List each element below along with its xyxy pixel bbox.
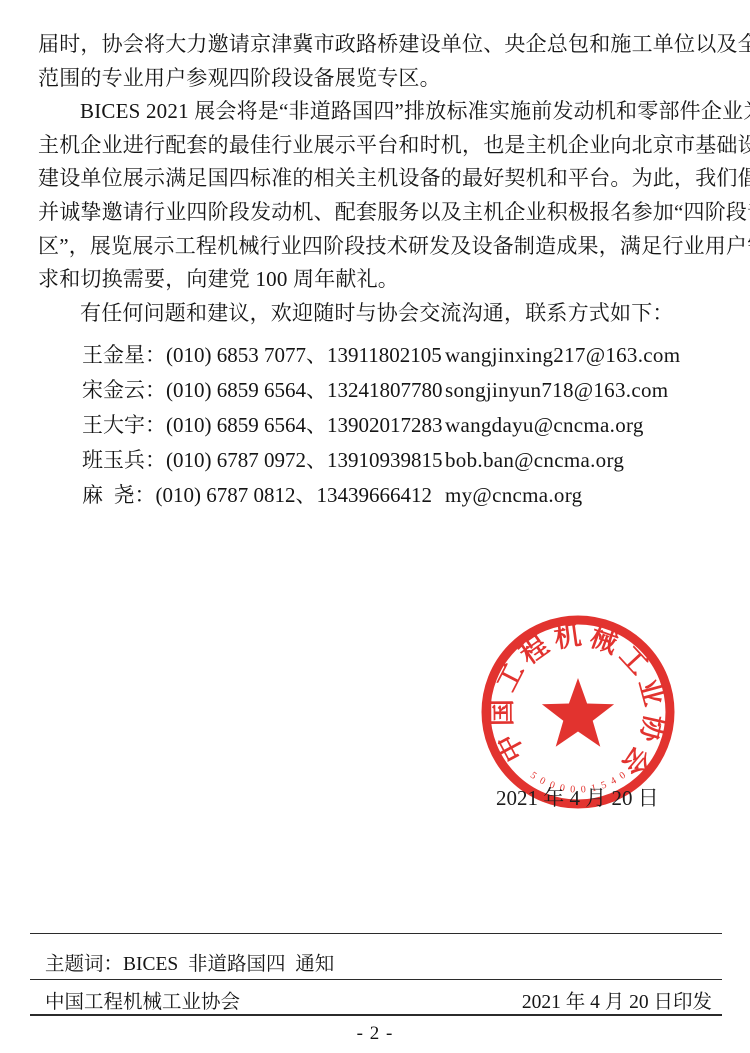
subject-terms: BICES 非道路国四 通知 xyxy=(123,954,334,975)
contact-phones: (010) 6787 0812、13439666412 xyxy=(156,483,433,507)
body-line: 区”，展览展示工程机械行业四阶段技术研发及设备制造成果，满足行业用户需 xyxy=(38,230,716,264)
issuer-name: 中国工程机械工业协会 xyxy=(45,986,240,1014)
contact-name: 王金星 xyxy=(82,343,145,367)
body-line: 建设单位展示满足国四标准的相关主机设备的最好契机和平台。为此，我们倡议 xyxy=(38,162,716,196)
subject-label: 主题词： xyxy=(45,954,123,975)
page-number: - 2 - xyxy=(0,1023,750,1045)
star-icon xyxy=(542,678,614,747)
body-line: 求和切换需要，向建党 100 周年献礼。 xyxy=(38,263,716,297)
seal-code-digit: 5 xyxy=(528,770,538,782)
issuer-row: 中国工程机械工业协会 2021 年 4 月 20 日印发 xyxy=(45,986,712,1014)
body-line: 范围的专业用户参观四阶段设备展览专区。 xyxy=(38,62,716,96)
contact-row: 王金星：(010) 6853 7077、13911802105wangjinxi… xyxy=(82,338,443,373)
contact-colon: ： xyxy=(135,483,156,507)
contact-colon: ： xyxy=(145,448,166,472)
seal-org-char: 协 xyxy=(635,712,670,746)
seal-org-char: 业 xyxy=(633,675,669,709)
body-line: 主机企业进行配套的最佳行业展示平台和时机，也是主机企业向北京市基础设施 xyxy=(38,129,716,163)
contact-list: 王金星：(010) 6853 7077、13911802105wangjinxi… xyxy=(82,338,443,513)
contact-email: bob.ban@cncma.org xyxy=(445,443,624,478)
seal-code-digit: 0 xyxy=(618,770,628,782)
subject-row: 主题词：BICES 非道路国四 通知 xyxy=(45,948,334,976)
contact-row: 宋金云：(010) 6859 6564、13241807780songjinyu… xyxy=(82,373,443,408)
body-line: 有任何问题和建议，欢迎随时与协会交流沟通，联系方式如下： xyxy=(38,297,716,331)
contact-name: 宋金云 xyxy=(82,378,145,402)
contact-colon: ： xyxy=(145,413,166,437)
body-line: 届时，协会将大力邀请京津冀市政路桥建设单位、央企总包和施工单位以及全国 xyxy=(38,28,716,62)
document-page: 届时，协会将大力邀请京津冀市政路桥建设单位、央企总包和施工单位以及全国 范围的专… xyxy=(0,0,750,1053)
contact-row: 王大宇：(010) 6859 6564、13902017283wangdayu@… xyxy=(82,408,443,443)
body-text-block: 届时，协会将大力邀请京津冀市政路桥建设单位、央企总包和施工单位以及全国 范围的专… xyxy=(38,28,716,330)
body-line: BICES 2021 展会将是“非道路国四”排放标准实施前发动机和零部件企业为 xyxy=(38,95,716,129)
contact-colon: ： xyxy=(145,378,166,402)
contact-name: 麻 尧 xyxy=(82,483,135,507)
seal-org-char: 国 xyxy=(487,699,517,726)
contact-phones: (010) 6859 6564、13902017283 xyxy=(166,413,443,437)
contact-phones: (010) 6859 6564、13241807780 xyxy=(166,378,443,402)
body-line: 并诚挚邀请行业四阶段发动机、配套服务以及主机企业积极报名参加“四阶段专 xyxy=(38,196,716,230)
footer-rule-middle xyxy=(30,979,722,980)
contact-email: songjinyun718@163.com xyxy=(445,373,668,408)
seal-org-char: 机 xyxy=(552,620,583,653)
contact-email: wangjinxing217@163.com xyxy=(445,338,680,373)
contact-row: 班玉兵：(010) 6787 0972、13910939815bob.ban@c… xyxy=(82,443,443,478)
footer-rule-bottom xyxy=(30,1014,722,1016)
contact-row: 麻 尧：(010) 6787 0812、13439666412my@cncma.… xyxy=(82,478,443,513)
contact-name: 班玉兵 xyxy=(82,448,145,472)
contact-colon: ： xyxy=(145,343,166,367)
contact-email: my@cncma.org xyxy=(445,478,582,513)
contact-phones: (010) 6853 7077、13911802105 xyxy=(166,343,442,367)
issue-date: 2021 年 4 月 20 日印发 xyxy=(522,986,712,1014)
contact-phones: (010) 6787 0972、13910939815 xyxy=(166,448,443,472)
contact-email: wangdayu@cncma.org xyxy=(445,408,644,443)
contact-name: 王大宇 xyxy=(82,413,145,437)
stamp-date: 2021 年 4 月 20 日 xyxy=(496,782,659,812)
footer-rule-top xyxy=(30,933,722,934)
